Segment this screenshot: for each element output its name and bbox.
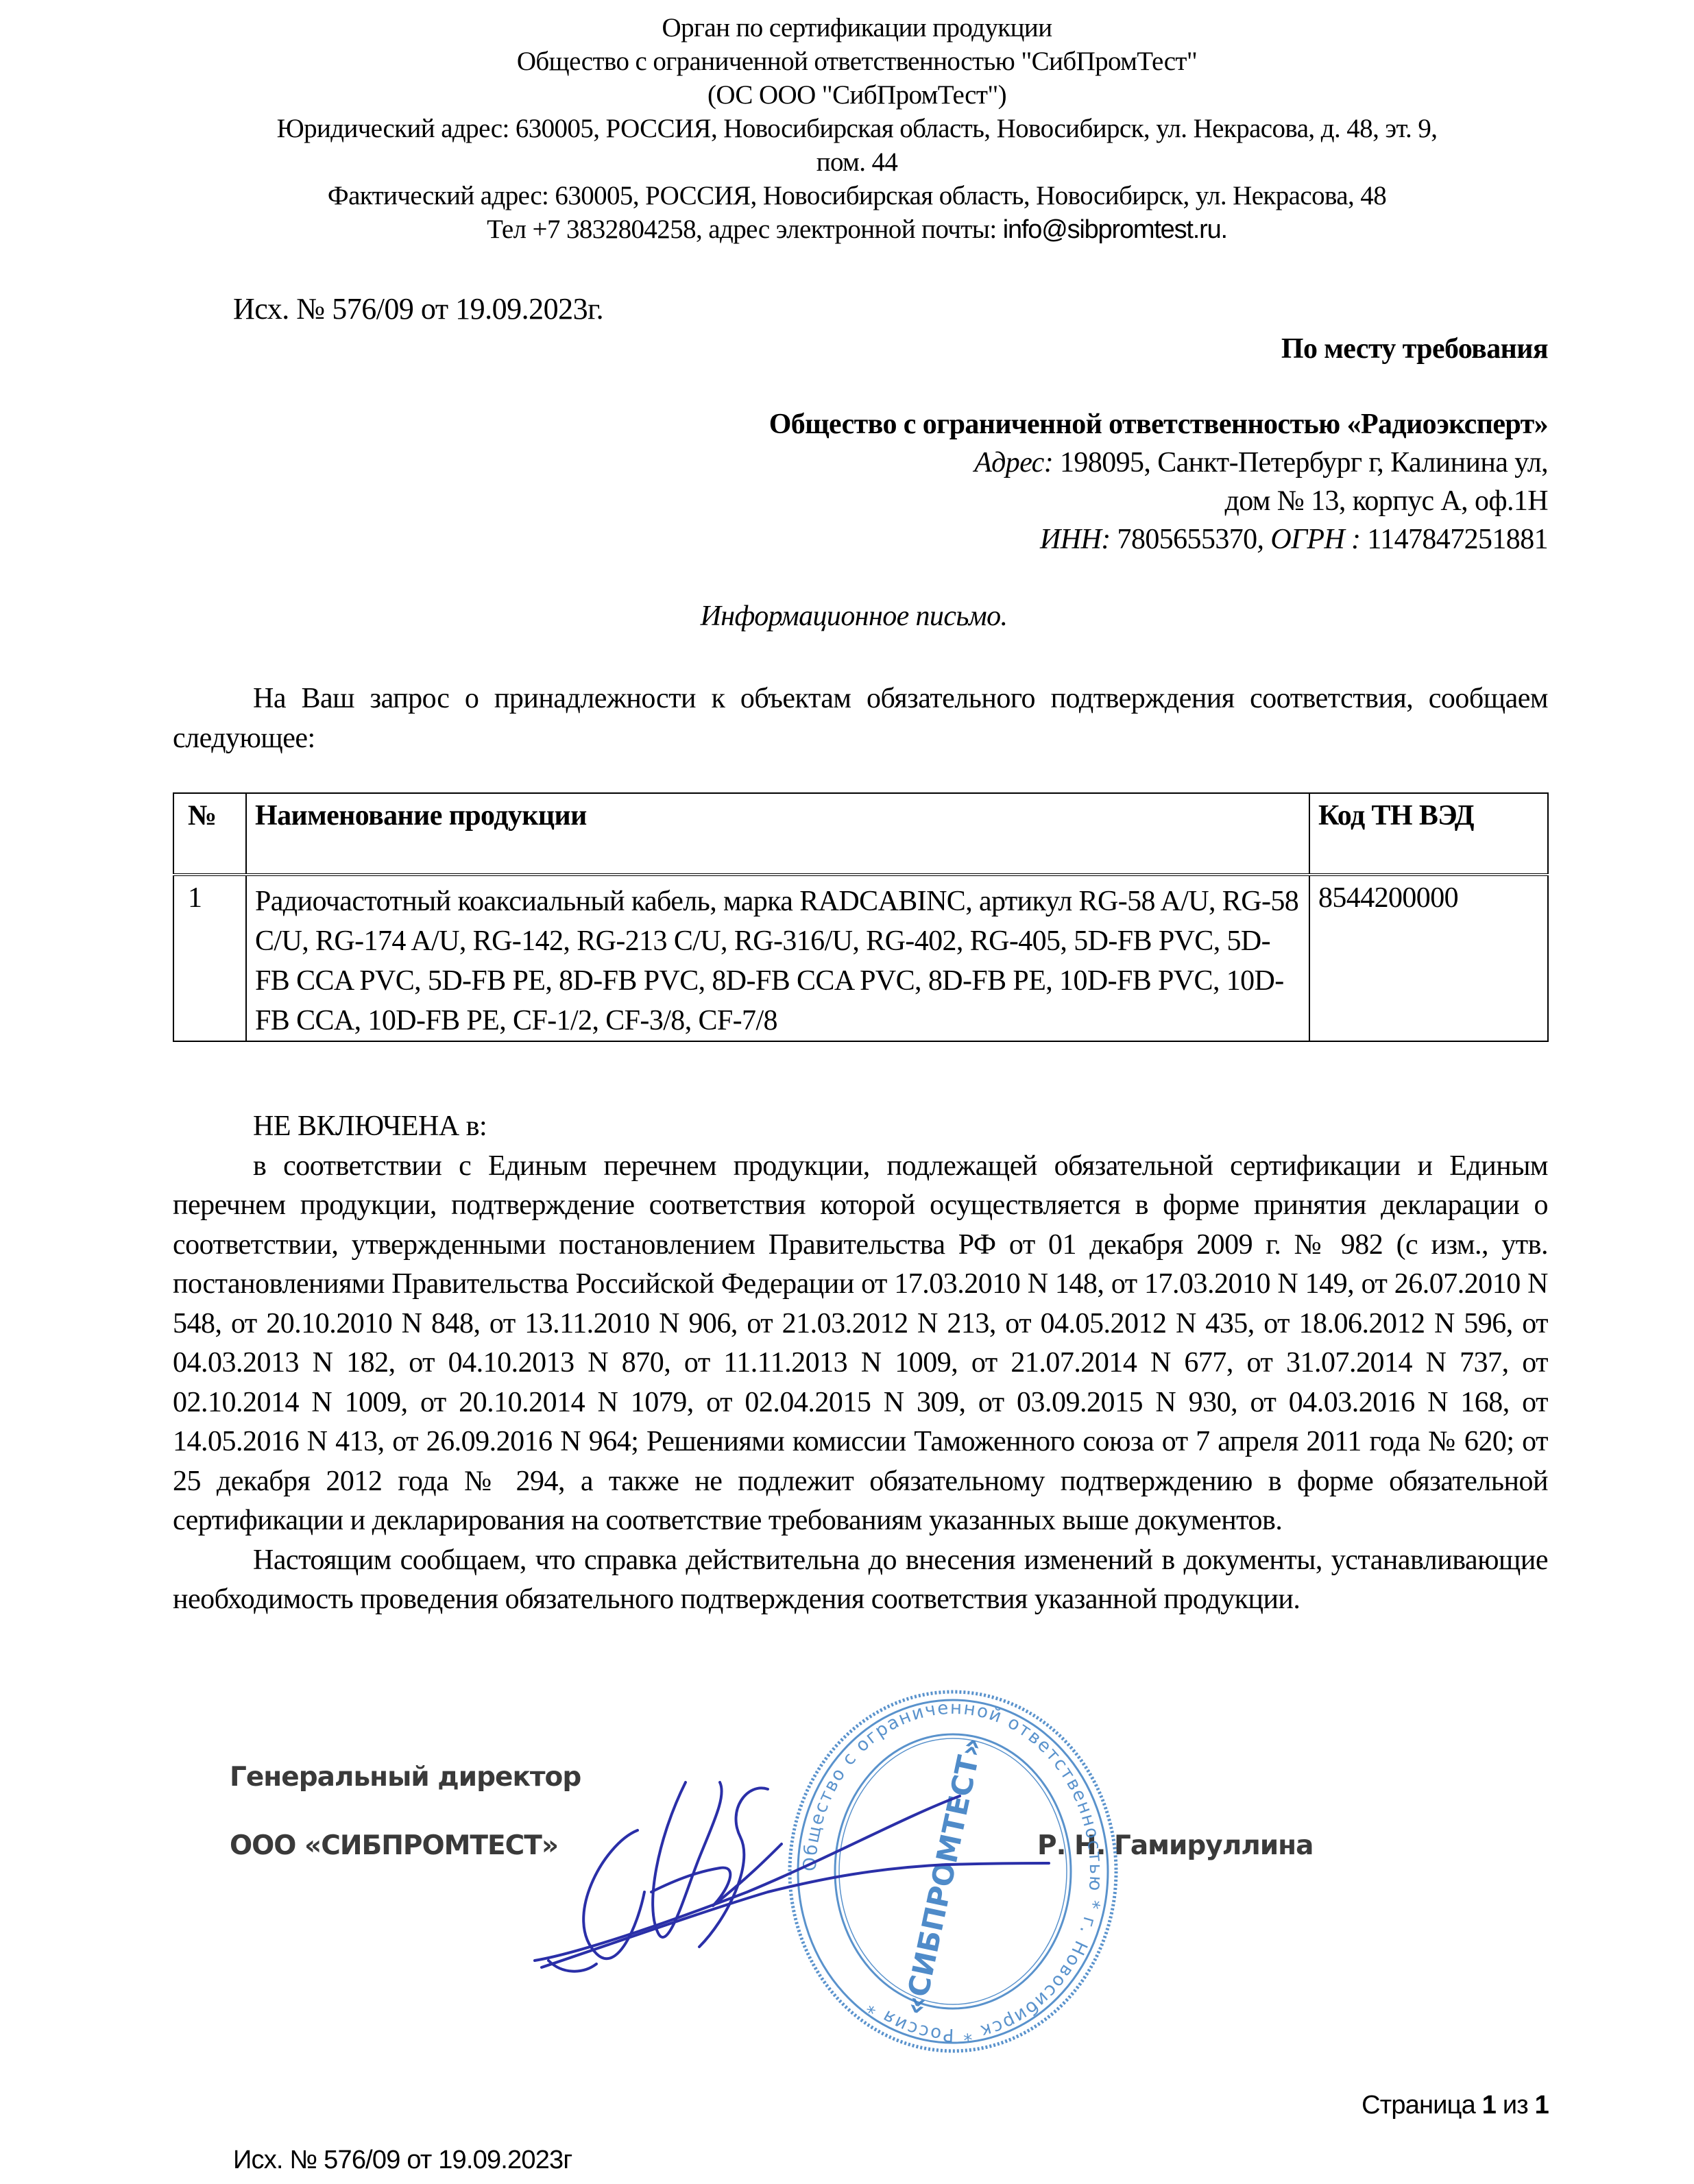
addressee-address: Адрес: 198095, Санкт-Петербург г, Калини…: [769, 444, 1548, 482]
body-paragraph-1: в соответствии с Единым перечнем продукц…: [173, 1147, 1548, 1541]
signatory-organization: ООО «СИБПРОМТЕСТ»: [230, 1830, 558, 1861]
letterhead: Орган по сертификации продукции Общество…: [206, 11, 1508, 247]
body-paragraph-2-text: Настоящим сообщаем, что справка действит…: [173, 1544, 1548, 1616]
intro-text: На Ваш запрос о принадлежности к объекта…: [173, 683, 1548, 754]
column-header-number: №: [173, 793, 246, 875]
letter-title: Информационное письмо.: [0, 600, 1694, 633]
intro-paragraph: На Ваш запрос о принадлежности к объекта…: [173, 679, 1548, 758]
inn-value: 7805655370: [1111, 524, 1257, 555]
letter-body: НЕ ВКЛЮЧЕНА в: в соответствии с Единым п…: [173, 1107, 1548, 1620]
page-total: 1: [1535, 2091, 1549, 2120]
column-header-name: Наименование продукции: [246, 793, 1309, 875]
table-row: 1 Радиочастотный коаксиальный кабель, ма…: [173, 875, 1548, 1041]
cell-product-name: Радиочастотный коаксиальный кабель, марк…: [246, 875, 1309, 1041]
addressee-where: По месту требования: [769, 332, 1548, 365]
letterhead-line: Орган по сертификации продукции: [206, 11, 1508, 45]
contact-email[interactable]: info@sibpromtest.ru.: [1003, 215, 1227, 244]
page-counter: Страница 1 из 1: [1362, 2091, 1549, 2120]
table-header-row: № Наименование продукции Код ТН ВЭД: [173, 793, 1548, 875]
addressee-ids: ИНН: 7805655370, ОГРН : 1147847251881: [769, 520, 1548, 559]
page-mid: из: [1496, 2091, 1535, 2120]
handwritten-signature-icon: [521, 1755, 1179, 1988]
address-label: Адрес:: [974, 447, 1053, 478]
not-included-text: НЕ ВКЛЮЧЕНА в:: [253, 1111, 487, 1142]
products-table: № Наименование продукции Код ТН ВЭД 1 Ра…: [173, 792, 1549, 1042]
body-paragraph-2: Настоящим сообщаем, что справка действит…: [173, 1541, 1548, 1620]
footer-reference: Исх. № 576/09 от 19.09.2023г: [233, 2146, 572, 2175]
cell-tnved-code: 8544200000: [1309, 875, 1548, 1041]
letterhead-line: (ОС ООО "СибПромТест"): [206, 78, 1508, 112]
body-paragraph-1-text: в соответствии с Единым перечнем продукц…: [173, 1150, 1548, 1537]
inn-label: ИНН:: [1040, 524, 1111, 555]
addressee-company: Общество с ограниченной ответственностью…: [769, 405, 1548, 444]
cell-number: 1: [173, 875, 246, 1041]
actual-address: Фактический адрес: 630005, РОССИЯ, Новос…: [206, 179, 1508, 213]
legal-address-cont: пом. 44: [206, 145, 1508, 179]
address-line2: дом № 13, корпус А, оф.1Н: [769, 482, 1548, 520]
page-current: 1: [1482, 2091, 1496, 2120]
address-line1: 198095, Санкт-Петербург г, Калинина ул,: [1053, 447, 1548, 478]
outgoing-reference: Исх. № 576/09 от 19.09.2023г.: [233, 291, 603, 326]
contact-line: Тел +7 3832804258, адрес электронной поч…: [206, 213, 1508, 247]
letterhead-line: Общество с ограниченной ответственностью…: [206, 45, 1508, 78]
letter-page: Орган по сертификации продукции Общество…: [0, 0, 1694, 2184]
column-header-code: Код ТН ВЭД: [1309, 793, 1548, 875]
legal-address: Юридический адрес: 630005, РОССИЯ, Новос…: [206, 112, 1508, 145]
ogrn-label: , ОГРН :: [1257, 524, 1361, 555]
not-included-line: НЕ ВКЛЮЧЕНА в:: [173, 1107, 1548, 1147]
addressee-block: По месту требования Общество с ограничен…: [769, 332, 1548, 559]
page-prefix: Страница: [1362, 2091, 1482, 2120]
contact-phone: Тел +7 3832804258, адрес электронной поч…: [487, 215, 1003, 244]
ogrn-value: 1147847251881: [1360, 524, 1548, 555]
